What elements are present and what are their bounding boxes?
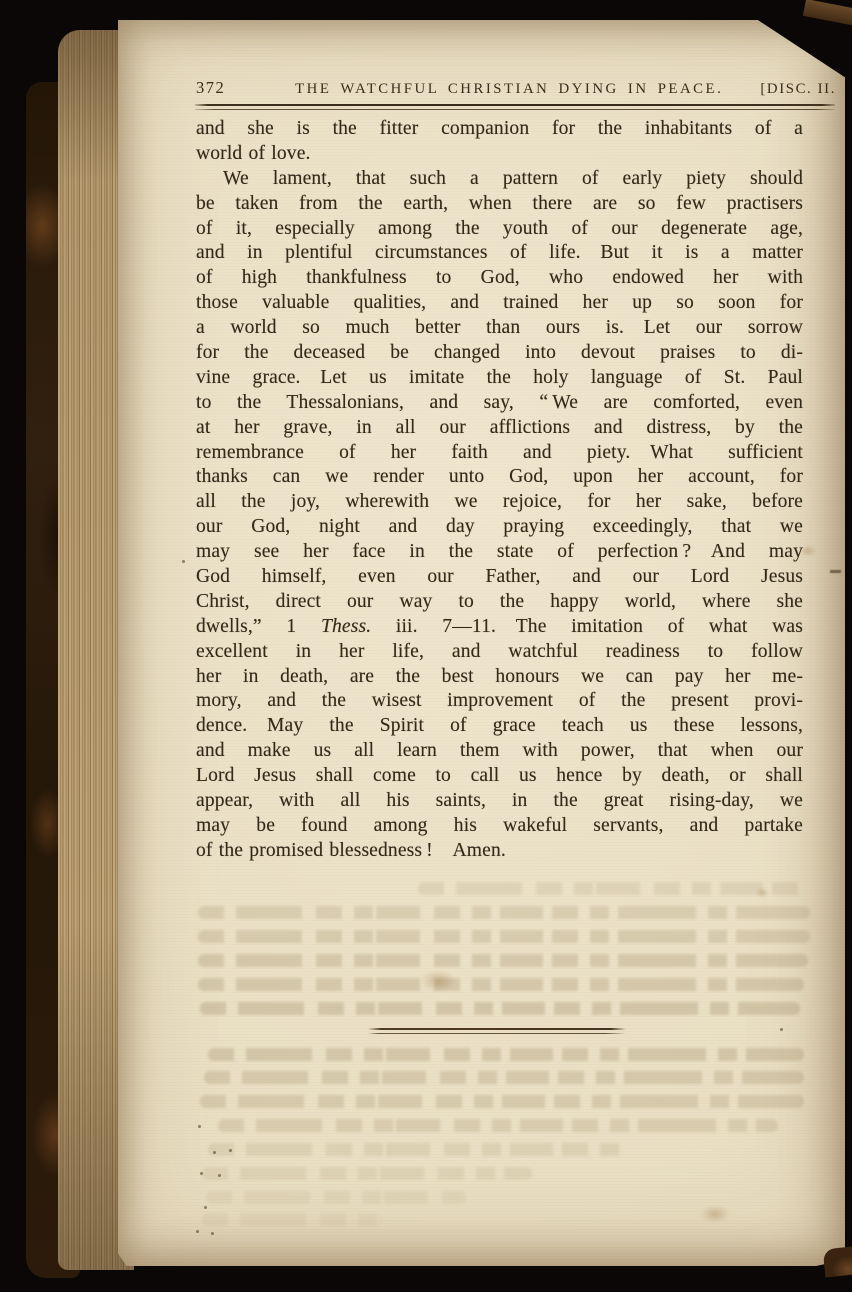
text-fragment: iii. 7—11. The imitation of what was	[371, 616, 803, 637]
ink-speck	[211, 1232, 214, 1235]
ink-bleedthrough	[198, 906, 810, 919]
text-fragment: dwells,” 1	[196, 616, 321, 637]
ink-speck	[218, 1174, 221, 1177]
header-rule	[195, 104, 835, 111]
text-line: thanks can we render unto God, upon her …	[196, 465, 803, 490]
text-line: all the joy, wherewith we rejoice, for h…	[196, 490, 803, 515]
text-line: God himself, even our Father, and our Lo…	[196, 565, 803, 590]
text-line: world of love.	[196, 142, 803, 167]
scanned-book-photo: 372 THE WATCHFUL CHRISTIAN DYING IN PEAC…	[0, 0, 852, 1292]
text-line: those valuable qualities, and trained he…	[196, 291, 803, 316]
text-line: of it, especially among the youth of our…	[196, 217, 803, 242]
book-page: 372 THE WATCHFUL CHRISTIAN DYING IN PEAC…	[118, 20, 845, 1266]
text-line: to the Thessalonians, and say, “ We are …	[196, 391, 803, 416]
ink-bleedthrough	[202, 1167, 532, 1180]
text-line: a world so much better than ours is. Let…	[196, 316, 803, 341]
ink-bleedthrough	[198, 978, 804, 991]
foxing-stain	[700, 1205, 730, 1223]
ink-bleedthrough	[202, 1213, 382, 1226]
ink-bleedthrough	[200, 1095, 804, 1108]
ink-bleedthrough	[198, 930, 810, 943]
book-corner-top-sliver	[803, 0, 852, 26]
page-number: 372	[196, 78, 268, 98]
text-line: excellent in her life, and watchful read…	[196, 640, 803, 665]
ink-speck	[780, 1028, 783, 1031]
running-header: 372 THE WATCHFUL CHRISTIAN DYING IN PEAC…	[196, 78, 836, 98]
text-line: be taken from the earth, when there are …	[196, 192, 803, 217]
text-line: remembrance of her faith and piety. What…	[196, 441, 803, 466]
text-line: appear, with all his saints, in the grea…	[196, 789, 803, 814]
section-label: [DISC. II.	[760, 81, 836, 98]
text-line: vine grace. Let us imitate the holy lang…	[196, 366, 803, 391]
body-text: and she is the fitter companion for the …	[196, 117, 803, 864]
ink-bleedthrough	[418, 882, 804, 895]
text-line: may be found among his wakeful servants,…	[196, 814, 803, 839]
ink-bleedthrough	[204, 1071, 804, 1084]
ink-bleedthrough	[198, 954, 808, 967]
ink-speck	[198, 1125, 201, 1128]
text-line: our God, night and day praying exceeding…	[196, 515, 803, 540]
text-line: of high thankfulness to God, who endowed…	[196, 266, 803, 291]
text-line: may see her face in the state of perfect…	[196, 540, 803, 565]
text-line: and in plentiful circumstances of life. …	[196, 241, 803, 266]
ink-speck	[213, 1151, 216, 1154]
text-line: dence. May the Spirit of grace teach us …	[196, 714, 803, 739]
text-line: of the promised blessedness ! Amen.	[196, 839, 803, 864]
text-line: mory, and the wisest improvement of the …	[196, 689, 803, 714]
ink-speck	[229, 1149, 232, 1152]
foxing-stain	[800, 545, 816, 557]
text-line: Christ, direct our way to the happy worl…	[196, 590, 803, 615]
ink-speck	[200, 1172, 203, 1175]
foxing-stain	[420, 970, 456, 992]
ink-speck	[830, 570, 841, 573]
ink-bleedthrough	[208, 1048, 804, 1061]
text-line: We lament, that such a pattern of early …	[196, 167, 803, 192]
running-title: THE WATCHFUL CHRISTIAN DYING IN PEACE.	[268, 81, 750, 98]
text-line: at her grave, in all our afflictions and…	[196, 416, 803, 441]
text-line: and make us all learn them with power, t…	[196, 739, 803, 764]
foxing-stain	[756, 888, 769, 897]
text-line: for the deceased be changed into devout …	[196, 341, 803, 366]
ink-speck	[204, 1206, 207, 1209]
text-line: and she is the fitter companion for the …	[196, 117, 803, 142]
section-divider	[368, 1028, 626, 1036]
ink-speck	[182, 560, 185, 563]
ink-bleedthrough	[208, 1143, 628, 1156]
book-corner-bottom-patch	[823, 1247, 852, 1278]
ink-bleedthrough	[200, 1002, 800, 1015]
text-line: her in death, are the best honours we ca…	[196, 665, 803, 690]
ink-bleedthrough	[206, 1191, 466, 1204]
ink-speck	[196, 1230, 199, 1233]
italic-citation: Thess.	[321, 616, 371, 637]
ink-bleedthrough	[218, 1119, 778, 1132]
text-line: Lord Jesus shall come to call us hence b…	[196, 764, 803, 789]
text-line: dwells,” 1 Thess. iii. 7—11. The imitati…	[196, 615, 803, 640]
